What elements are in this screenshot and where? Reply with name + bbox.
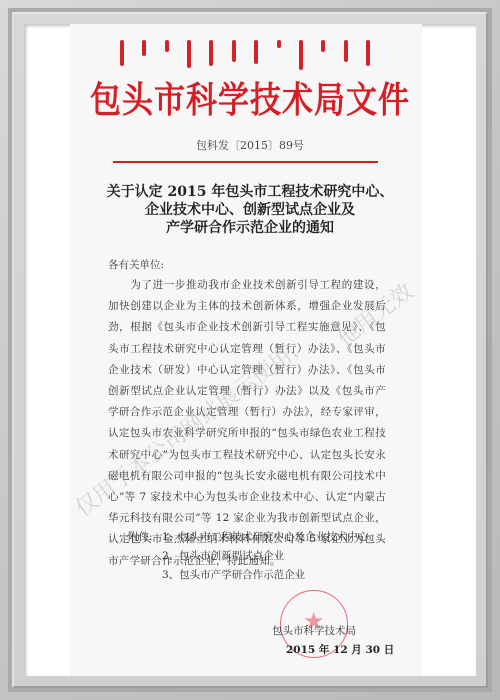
attachment-row: 3、包头市产学研合作示范企业 — [128, 566, 368, 585]
notice-title-line-3: 产学研合作示范企业的通知 — [0, 219, 500, 237]
salutation: 各有关单位: — [108, 257, 164, 272]
issuer-signature: 包头市科学技术局 — [272, 623, 356, 638]
notice-title-line-1: 关于认定 2015 年包头市工程技术研究中心、 — [0, 183, 500, 201]
attachment-item: 1、包头市工程技术研究中心及企业技术中心 — [162, 528, 368, 547]
mongolian-script-header — [120, 40, 370, 70]
attachment-item: 2、包头市创新型试点企业 — [162, 547, 284, 566]
attachments-label: 附件: — [128, 528, 162, 547]
body-text: 为了进一步推动我市企业技术创新引导工程的建设，加快创建以企业为主体的技术创新体系… — [108, 279, 386, 567]
notice-title-line-2: 企业技术中心、创新型试点企业及 — [0, 201, 500, 219]
attachment-item: 3、包头市产学研合作示范企业 — [162, 566, 305, 585]
attachments-list: 附件: 1、包头市工程技术研究中心及企业技术中心 2、包头市创新型试点企业 3、… — [128, 528, 368, 585]
attachment-row: 2、包头市创新型试点企业 — [128, 547, 368, 566]
red-divider-line — [113, 161, 378, 163]
notice-title: 关于认定 2015 年包头市工程技术研究中心、 企业技术中心、创新型试点企业及 … — [0, 183, 500, 237]
attachment-row: 附件: 1、包头市工程技术研究中心及企业技术中心 — [128, 528, 368, 547]
document-number: 包科发〔2015〕89号 — [0, 137, 500, 153]
issue-date: 2015 年 12 月 30 日 — [286, 642, 394, 657]
document-header-title: 包头市科学技术局文件 — [0, 71, 500, 123]
